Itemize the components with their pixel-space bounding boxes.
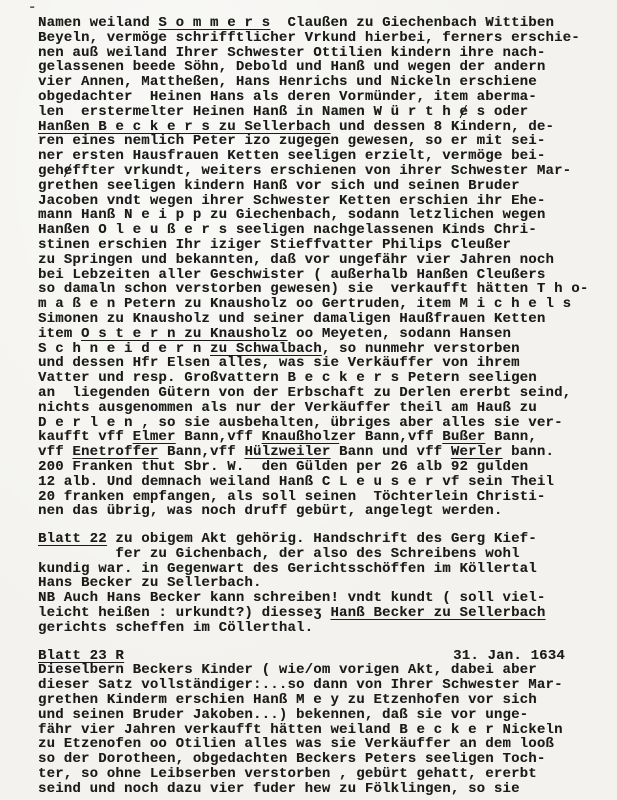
text-line: stinen erschien Ihr iziger Stieffvatter … bbox=[38, 238, 597, 253]
text-line: m a ß e n Petern zu Knausholz oo Gertrud… bbox=[38, 297, 597, 312]
underlined-text: O s t e r n zu Knausholz bbox=[81, 326, 287, 342]
stray-mark: - bbox=[28, 0, 36, 16]
text-segment: bann. bbox=[502, 444, 554, 460]
text-line: zu Springen und bekannten, daß vor ungef… bbox=[38, 253, 597, 268]
text-line: Hanßen O l e u ß e r s seeligen nachgela… bbox=[38, 223, 597, 238]
text-segment: stinen erschien Ihr iziger Stieffvatter … bbox=[38, 237, 511, 253]
underlined-text: Hanßen B e c k e r s zu Sellerbach bbox=[38, 119, 330, 135]
text-line: nen das übrig, was noch druff gebürt, an… bbox=[38, 504, 597, 519]
text-segment: er Bann,vff bbox=[339, 429, 442, 445]
text-segment: ter, so ohne Leibserben verstorben , geb… bbox=[38, 766, 537, 782]
text-segment: ner ersten Hausfrauen Ketten seeligen er… bbox=[38, 148, 545, 164]
text-segment: Vatter und resp. Großvattern B e c k e r… bbox=[38, 370, 537, 386]
text-segment: Bann, bbox=[485, 429, 537, 445]
text-line: grethen seeligen kindern Hanß vor sich u… bbox=[38, 179, 597, 194]
text-segment: obgedachter Heinen Hans als deren Vormün… bbox=[38, 89, 537, 105]
text-segment: leicht heißen : urkundt?) diesseʒ bbox=[38, 605, 330, 621]
text-line: kaufft vff Elmer Bann,vff Knaußholzer Ba… bbox=[38, 430, 597, 445]
text-segment: und seinen Bruder Jakoben...) bekennen, … bbox=[38, 707, 528, 723]
text-line: 12 alb. Und demnach weiland Hanß C L e u… bbox=[38, 475, 597, 490]
text-segment: und dessen Hfr Elsen alles, was sie Verk… bbox=[38, 355, 520, 371]
text-line: fähr vier Jahren verkaufft hätten weilan… bbox=[38, 723, 597, 738]
underlined-text: Knaußholz bbox=[262, 429, 339, 445]
text-line: nen auß weiland Ihrer Schwester Ottilien… bbox=[38, 46, 597, 61]
text-line: grethen Kinderm erschien Hanß M e y zu E… bbox=[38, 693, 597, 708]
text-segment: Jacoben vndt wegen ihrer Schwester Kette… bbox=[38, 193, 545, 209]
text-line: fer zu Gichenbach, der also des Schreibe… bbox=[38, 547, 597, 562]
text-line: Vatter und resp. Großvattern B e c k e r… bbox=[38, 371, 597, 386]
underlined-text: Enetroffer bbox=[72, 444, 158, 460]
text-segment: vff bbox=[38, 444, 72, 460]
text-segment: len erstermelter Heinen Hanß in Namen W … bbox=[38, 104, 528, 120]
text-segment: nichts ausgenommen als nur der Verkäuffe… bbox=[38, 400, 537, 416]
text-line: Namen weiland S o m m e r s Claußen zu G… bbox=[38, 16, 597, 31]
text-line: vier Annen, Mattheßen, Hans Henrichs und… bbox=[38, 75, 597, 90]
text-line: leicht heißen : urkundt?) diesseʒ Hanß B… bbox=[38, 606, 597, 621]
text-segment: S c h n e i d e r n bbox=[38, 341, 210, 357]
text-line: ter, so ohne Leibserben verstorben , geb… bbox=[38, 767, 597, 782]
underlined-text: Werler bbox=[451, 444, 503, 460]
text-line: 20 franken empfangen, als soll seinen Tö… bbox=[38, 490, 597, 505]
text-line: Blatt 22 zu obigem Akt gehörig. Handschr… bbox=[38, 532, 597, 547]
paragraph-note-blatt-22: Blatt 22 zu obigem Akt gehörig. Handschr… bbox=[38, 532, 597, 636]
text-line: vff Enetroffer Bann,vff Hülzweiler Bann … bbox=[38, 445, 597, 460]
text-segment: bei Lebzeiten aller Geschwister ( außerh… bbox=[38, 267, 545, 283]
text-segment: grethen Kinderm erschien Hanß M e y zu E… bbox=[38, 692, 537, 708]
paragraph-act-blatt-23r: Blatt 23 R31. Jan. 1634Dieselbern Becker… bbox=[38, 649, 597, 797]
text-line: gelassenen beede Söhn, Debold und Hanß u… bbox=[38, 60, 597, 75]
text-line: Simonen zu Knausholz und seiner damalige… bbox=[38, 312, 597, 327]
text-line: an liegenden Gütern von der Erbschaft zu… bbox=[38, 386, 597, 401]
text-segment: zu Springen und bekannten, daß vor ungef… bbox=[38, 252, 554, 268]
text-line: gehɇffter vrkundt, weiters erschienen vo… bbox=[38, 164, 597, 179]
text-segment: oo Meyeten, sodann Hansen bbox=[287, 326, 511, 342]
text-segment: ren eines nemlich Peter izo zugegen gewe… bbox=[38, 133, 545, 149]
text-segment: item bbox=[38, 326, 81, 342]
dateline-date: 31. Jan. 1634 bbox=[453, 649, 565, 664]
text-line: Hanßen B e c k e r s zu Sellerbach und d… bbox=[38, 120, 597, 135]
text-line: Dieselbern Beckers Kinder ( wie/om vorig… bbox=[38, 663, 597, 678]
text-line: so damaln schon verstorben gewesen) sie … bbox=[38, 282, 597, 297]
underlined-text: zu Schwalbach bbox=[210, 341, 322, 357]
text-line: Blatt 23 R31. Jan. 1634 bbox=[38, 649, 597, 664]
text-segment: nen auß weiland Ihrer Schwester Ottilien… bbox=[38, 45, 545, 61]
text-segment: Simonen zu Knausholz und seiner damalige… bbox=[38, 311, 545, 327]
text-segment: dieser Satz vollständiger:...so dann von… bbox=[38, 677, 563, 693]
text-segment: grethen seeligen kindern Hanß vor sich u… bbox=[38, 178, 520, 194]
text-line: 200 Franken thut Sbr. W. den Gülden per … bbox=[38, 460, 597, 475]
text-line: ner ersten Hausfrauen Ketten seeligen er… bbox=[38, 149, 597, 164]
text-segment: NB Auch Hans Becker kann schreiben! vndt… bbox=[38, 590, 545, 606]
text-line: mann Hanß N e i p p zu Giechenbach, soda… bbox=[38, 208, 597, 223]
text-line: item O s t e r n zu Knausholz oo Meyeten… bbox=[38, 327, 597, 342]
text-line: nichts ausgenommen als nur der Verkäuffe… bbox=[38, 401, 597, 416]
text-segment: Claußen zu Giechenbach Wittiben bbox=[270, 15, 554, 31]
text-line: zu Etzenofen oo Otilien alles was sie Ve… bbox=[38, 737, 597, 752]
underlined-text: Hanß Becker zu Sellerbach bbox=[330, 605, 545, 621]
text-segment: , so nunmehr verstorben bbox=[322, 341, 520, 357]
underlined-text: Blatt 22 bbox=[38, 531, 107, 547]
text-line: bei Lebzeiten aller Geschwister ( außerh… bbox=[38, 268, 597, 283]
text-segment: 12 alb. Und demnach weiland Hanß C L e u… bbox=[38, 474, 554, 490]
text-segment: mann Hanß N e i p p zu Giechenbach, soda… bbox=[38, 207, 545, 223]
text-line: obgedachter Heinen Hans als deren Vormün… bbox=[38, 90, 597, 105]
text-segment: kundig war. in Gegenwart des Gerichtssch… bbox=[38, 561, 537, 577]
text-segment: nen das übrig, was noch druff gebürt, an… bbox=[38, 503, 502, 519]
text-segment: gelassenen beede Söhn, Debold und Hanß u… bbox=[38, 59, 545, 75]
underlined-text: Blatt 23 R bbox=[38, 648, 124, 664]
text-line: Hans Becker zu Sellerbach. bbox=[38, 576, 597, 591]
text-segment: Bann,vff bbox=[158, 444, 244, 460]
text-line: Jacoben vndt wegen ihrer Schwester Kette… bbox=[38, 194, 597, 209]
text-line: und seinen Bruder Jakoben...) bekennen, … bbox=[38, 708, 597, 723]
underlined-text: Bußer bbox=[442, 429, 485, 445]
underlined-text: Elmer bbox=[133, 429, 176, 445]
text-segment: Namen weiland bbox=[38, 15, 158, 31]
text-segment: fer zu Gichenbach, der also des Schreibe… bbox=[38, 546, 520, 562]
text-segment: gehɇffter vrkundt, weiters erschienen vo… bbox=[38, 163, 571, 179]
text-line: D e r l e n , so sie ausbehalten, übrige… bbox=[38, 416, 597, 431]
text-segment: kaufft vff bbox=[38, 429, 133, 445]
text-segment: Bann,vff bbox=[176, 429, 262, 445]
text-line: kundig war. in Gegenwart des Gerichtssch… bbox=[38, 562, 597, 577]
text-segment: Dieselbern Beckers Kinder ( wie/om vorig… bbox=[38, 662, 537, 678]
text-line: seind und noch dazu vier fuder hew zu Fö… bbox=[38, 782, 597, 797]
text-line: len erstermelter Heinen Hanß in Namen W … bbox=[38, 105, 597, 120]
text-segment: und dessen 8 Kindern, de- bbox=[330, 119, 554, 135]
paragraph-act-blatt-21: Namen weiland S o m m e r s Claußen zu G… bbox=[38, 16, 597, 519]
underlined-text: Hülzweiler bbox=[244, 444, 330, 460]
text-line: so der Dorotheen, obgedachten Beckers Pe… bbox=[38, 752, 597, 767]
text-segment: vier Annen, Mattheßen, Hans Henrichs und… bbox=[38, 74, 537, 90]
text-line: Beyeln, vermöge schrifftlicher Vrkund hi… bbox=[38, 31, 597, 46]
text-segment: an liegenden Gütern von der Erbschaft zu… bbox=[38, 385, 571, 401]
text-segment: m a ß e n Petern zu Knausholz oo Gertrud… bbox=[38, 296, 571, 312]
text-line: und dessen Hfr Elsen alles, was sie Verk… bbox=[38, 356, 597, 371]
text-segment: gerichts scheffen im Cöllerthal. bbox=[38, 620, 313, 636]
scanned-document-page: - Namen weiland S o m m e r s Claußen zu… bbox=[0, 0, 617, 800]
text-segment: so damaln schon verstorben gewesen) sie … bbox=[38, 281, 589, 297]
underlined-text: S o m m e r s bbox=[158, 15, 270, 31]
text-line: ren eines nemlich Peter izo zugegen gewe… bbox=[38, 134, 597, 149]
text-segment: D e r l e n , so sie ausbehalten, übrige… bbox=[38, 415, 563, 431]
text-segment: zu obigem Akt gehörig. Handschrift des G… bbox=[107, 531, 537, 547]
text-segment: zu Etzenofen oo Otilien alles was sie Ve… bbox=[38, 736, 554, 752]
text-segment: 20 franken empfangen, als soll seinen Tö… bbox=[38, 489, 545, 505]
text-segment: so der Dorotheen, obgedachten Beckers Pe… bbox=[38, 751, 545, 767]
text-segment: seind und noch dazu vier fuder hew zu Fö… bbox=[38, 781, 520, 797]
text-segment: Hanßen O l e u ß e r s seeligen nachgela… bbox=[38, 222, 537, 238]
text-segment: Bann und vff bbox=[330, 444, 450, 460]
text-segment: fähr vier Jahren verkaufft hätten weilan… bbox=[38, 722, 563, 738]
text-segment: Hans Becker zu Sellerbach. bbox=[38, 575, 262, 591]
text-line: gerichts scheffen im Cöllerthal. bbox=[38, 621, 597, 636]
document-body: Namen weiland S o m m e r s Claußen zu G… bbox=[38, 16, 597, 797]
text-line: NB Auch Hans Becker kann schreiben! vndt… bbox=[38, 591, 597, 606]
text-segment: Beyeln, vermöge schrifftlicher Vrkund hi… bbox=[38, 30, 580, 46]
text-line: dieser Satz vollständiger:...so dann von… bbox=[38, 678, 597, 693]
text-segment: 200 Franken thut Sbr. W. den Gülden per … bbox=[38, 459, 528, 475]
text-line: S c h n e i d e r n zu Schwalbach, so nu… bbox=[38, 342, 597, 357]
